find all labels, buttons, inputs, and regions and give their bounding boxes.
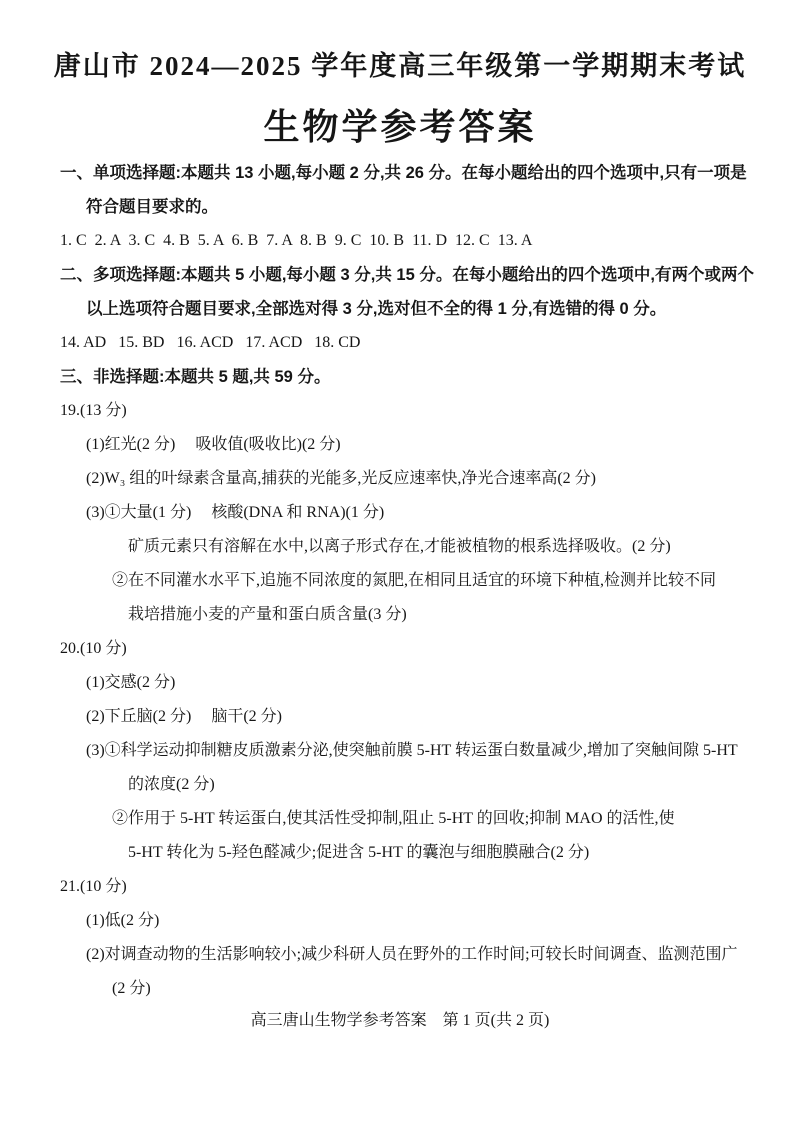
document-line: 栽培措施小麦的产量和蛋白质含量(3 分) [0, 598, 800, 632]
answer-document-page: 唐山市 2024—2025 学年度高三年级第一学期期末考试 生物学参考答案 一、… [0, 0, 800, 1124]
document-line: (3)①科学运动抑制糖皮质激素分泌,使突触前膜 5-HT 转运蛋白数量减少,增加… [0, 734, 800, 768]
document-line: (2)下丘脑(2 分) 脑干(2 分) [0, 700, 800, 734]
document-body: 一、单项选择题:本题共 13 小题,每小题 2 分,共 26 分。在每小题给出的… [0, 156, 800, 1006]
document-line: 19.(13 分) [0, 394, 800, 428]
document-line: 以上选项符合题目要求,全部选对得 3 分,选对但不全的得 1 分,有选错的得 0… [0, 292, 800, 326]
document-line: ②在不同灌水水平下,追施不同浓度的氮肥,在相同且适宜的环境下种植,检测并比较不同 [0, 564, 800, 598]
document-line: 二、多项选择题:本题共 5 小题,每小题 3 分,共 15 分。在每小题给出的四… [0, 258, 800, 292]
answer-sheet-title: 生物学参考答案 [0, 99, 800, 150]
document-line: 20.(10 分) [0, 632, 800, 666]
document-line: 符合题目要求的。 [0, 190, 800, 224]
document-line: (3)①大量(1 分) 核酸(DNA 和 RNA)(1 分) [0, 496, 800, 530]
exam-title: 唐山市 2024—2025 学年度高三年级第一学期期末考试 [0, 0, 800, 83]
document-line: 14. AD 15. BD 16. ACD 17. ACD 18. CD [0, 326, 800, 360]
document-line: ②作用于 5-HT 转运蛋白,使其活性受抑制,阻止 5-HT 的回收;抑制 MA… [0, 802, 800, 836]
document-line: 一、单项选择题:本题共 13 小题,每小题 2 分,共 26 分。在每小题给出的… [0, 156, 800, 190]
document-line: 矿质元素只有溶解在水中,以离子形式存在,才能被植物的根系选择吸收。(2 分) [0, 530, 800, 564]
document-line: 21.(10 分) [0, 870, 800, 904]
document-line: 1. C 2. A 3. C 4. B 5. A 6. B 7. A 8. B … [0, 224, 800, 258]
document-line: (1)交感(2 分) [0, 666, 800, 700]
document-line: (2 分) [0, 972, 800, 1006]
document-line: (1)低(2 分) [0, 904, 800, 938]
document-line: (2)W₃ 组的叶绿素含量高,捕获的光能多,光反应速率快,净光合速率高(2 分) [0, 462, 800, 496]
page-footer: 高三唐山生物学参考答案 第 1 页(共 2 页) [0, 1006, 800, 1036]
document-line: 的浓度(2 分) [0, 768, 800, 802]
document-line: 5-HT 转化为 5-羟色醛减少;促进含 5-HT 的囊泡与细胞膜融合(2 分) [0, 836, 800, 870]
document-line: 三、非选择题:本题共 5 题,共 59 分。 [0, 360, 800, 394]
document-line: (2)对调查动物的生活影响较小;减少科研人员在野外的工作时间;可较长时间调查、监… [0, 938, 800, 972]
document-line: (1)红光(2 分) 吸收值(吸收比)(2 分) [0, 428, 800, 462]
